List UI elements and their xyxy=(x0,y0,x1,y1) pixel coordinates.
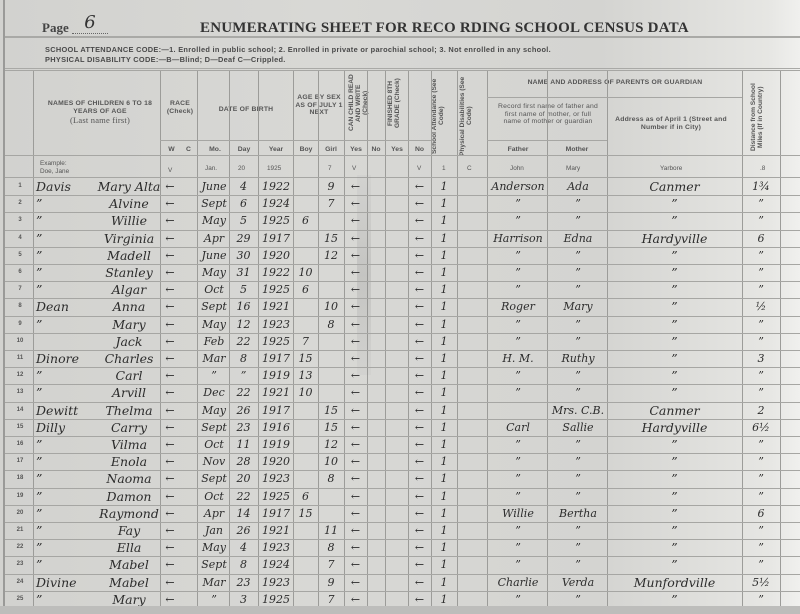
header-8th-yes: Yes xyxy=(386,146,408,153)
cell-father: Willie xyxy=(487,506,549,522)
header-names: NAMES OF CHILDREN 6 TO 18 YEARS OF AGE (… xyxy=(40,100,160,125)
cell-mother: ” xyxy=(547,265,609,281)
column-rule xyxy=(33,70,34,610)
cell-first: Mary xyxy=(96,317,162,333)
cell-w: ← xyxy=(160,575,180,591)
row-number: 17 xyxy=(12,458,28,464)
example-read-yes: V xyxy=(352,165,356,172)
cell-day: 16 xyxy=(229,299,258,315)
cell-en: ← xyxy=(408,231,431,247)
header-disability: Physical Disabilities (See Code) xyxy=(459,76,481,156)
cell-mother: Verda xyxy=(547,575,609,591)
header-dob-day: Day xyxy=(230,146,258,153)
cell-mother: Mrs. C.B. xyxy=(547,403,609,419)
example-girl: 7 xyxy=(328,165,332,172)
column-rule xyxy=(780,70,781,610)
cell-father: Anderson xyxy=(487,179,549,195)
cell-last: ” xyxy=(36,385,96,401)
header-distance: Distance from School Miles (If in Countr… xyxy=(750,74,778,160)
cell-day: 5 xyxy=(229,213,258,229)
cell-last: ” xyxy=(36,213,96,229)
cell-att: 1 xyxy=(431,334,457,350)
cell-en: ← xyxy=(408,179,431,195)
cell-girl: 11 xyxy=(318,523,344,539)
cell-w: ← xyxy=(160,196,180,212)
cell-day: 22 xyxy=(229,334,258,350)
cell-boy: 7 xyxy=(293,334,318,350)
cell-att: 1 xyxy=(431,196,457,212)
cell-dist: ” xyxy=(742,557,780,573)
cell-ry: ← xyxy=(344,420,367,436)
cell-ry: ← xyxy=(344,351,367,367)
row-number: 16 xyxy=(12,441,28,447)
cell-address: ” xyxy=(607,196,742,212)
cell-mother: ” xyxy=(547,317,609,333)
cell-father: ” xyxy=(487,265,549,281)
cell-address: ” xyxy=(607,506,742,522)
cell-father: Carl xyxy=(487,420,549,436)
cell-dist: 3 xyxy=(742,351,780,367)
cell-mother: Ada xyxy=(547,179,609,195)
cell-address: Canmer xyxy=(607,179,742,195)
cell-dist: ” xyxy=(742,489,780,505)
cell-mother: ” xyxy=(547,489,609,505)
cell-girl: 12 xyxy=(318,437,344,453)
row-number: 6 xyxy=(12,269,28,275)
cell-dist: ½ xyxy=(742,299,780,315)
cell-day: 11 xyxy=(229,437,258,453)
cell-girl: 15 xyxy=(318,231,344,247)
cell-address: ” xyxy=(607,299,742,315)
row-rule xyxy=(5,70,800,71)
cell-boy: 6 xyxy=(293,489,318,505)
cell-father: ” xyxy=(487,317,549,333)
cell-ry: ← xyxy=(344,265,367,281)
cell-father: ” xyxy=(487,489,549,505)
cell-year: 1919 xyxy=(258,437,294,453)
row-number: 8 xyxy=(12,303,28,309)
cell-dist: 6 xyxy=(742,231,780,247)
cell-year: 1923 xyxy=(258,575,294,591)
header-race-w: W xyxy=(163,146,180,153)
row-number: 18 xyxy=(12,475,28,481)
cell-address: ” xyxy=(607,385,742,401)
cell-en: ← xyxy=(408,437,431,453)
cell-w: ← xyxy=(160,420,180,436)
cell-mother: ” xyxy=(547,523,609,539)
cell-father: Roger xyxy=(487,299,549,315)
cell-father: Charlie xyxy=(487,575,549,591)
cell-dist: 1¾ xyxy=(742,179,780,195)
row-rule xyxy=(5,177,800,178)
cell-dist: ” xyxy=(742,334,780,350)
cell-dist: ” xyxy=(742,282,780,298)
cell-last: Divine xyxy=(36,575,96,591)
example-mother: Mary xyxy=(566,165,580,172)
cell-boy: 15 xyxy=(293,506,318,522)
cell-mo: Mar xyxy=(197,575,231,591)
cell-first: Alvine xyxy=(96,196,162,212)
cell-mo: Apr xyxy=(197,231,231,247)
cell-mo: June xyxy=(197,248,231,264)
cell-day: 31 xyxy=(229,265,258,281)
cell-w: ← xyxy=(160,540,180,556)
cell-girl: 8 xyxy=(318,540,344,556)
cell-mo: Dec xyxy=(197,385,231,401)
cell-year: 1925 xyxy=(258,489,294,505)
row-number: 19 xyxy=(12,493,28,499)
cell-ry: ← xyxy=(344,540,367,556)
header-attendance: School Attendance (See Code) xyxy=(431,76,453,156)
header-age-boy: Boy xyxy=(294,146,318,153)
cell-mo: Oct xyxy=(197,489,231,505)
cell-year: 1923 xyxy=(258,471,294,487)
cell-address: Hardyville xyxy=(607,231,742,247)
row-number: 10 xyxy=(12,338,28,344)
cell-mo: Sept xyxy=(197,471,231,487)
cell-mother: ” xyxy=(547,368,609,384)
cell-year: 1924 xyxy=(258,196,294,212)
cell-day: 6 xyxy=(229,196,258,212)
cell-address: Canmer xyxy=(607,403,742,419)
cell-first: Carry xyxy=(96,420,162,436)
cell-w: ← xyxy=(160,506,180,522)
cell-first: Enola xyxy=(96,454,162,470)
cell-last: ” xyxy=(36,437,96,453)
cell-year: 1925 xyxy=(258,334,294,350)
header-read-write: CAN CHILD READ AND WRITE (Check) xyxy=(348,72,378,134)
cell-att: 1 xyxy=(431,420,457,436)
cell-day: 8 xyxy=(229,351,258,367)
cell-last: ” xyxy=(36,506,96,522)
cell-att: 1 xyxy=(431,265,457,281)
cell-girl: 7 xyxy=(318,557,344,573)
cell-girl: 15 xyxy=(318,420,344,436)
header-father: Father xyxy=(489,146,547,153)
cell-first: Carl xyxy=(96,368,162,384)
example-attendance: 1 xyxy=(442,165,446,172)
cell-en: ← xyxy=(408,420,431,436)
cell-w: ← xyxy=(160,454,180,470)
cell-en: ← xyxy=(408,385,431,401)
cell-att: 1 xyxy=(431,557,457,573)
page-edge xyxy=(0,606,800,614)
row-number: 1 xyxy=(12,183,28,189)
cell-mo: Mar xyxy=(197,351,231,367)
column-rule xyxy=(385,70,386,610)
header-names-text: NAMES OF CHILDREN 6 TO 18 YEARS OF AGE xyxy=(40,100,160,115)
cell-first: Mabel xyxy=(96,557,162,573)
cell-mother: ” xyxy=(547,454,609,470)
cell-w: ← xyxy=(160,403,180,419)
row-rule xyxy=(487,97,742,98)
cell-dist: ” xyxy=(742,540,780,556)
cell-ry: ← xyxy=(344,334,367,350)
cell-last: Dewitt xyxy=(36,403,96,419)
cell-mother: Sallie xyxy=(547,420,609,436)
cell-father: ” xyxy=(487,282,549,298)
cell-father: ” xyxy=(487,454,549,470)
cell-w: ← xyxy=(160,265,180,281)
row-number: 25 xyxy=(12,596,28,602)
cell-w: ← xyxy=(160,317,180,333)
cell-mo: May xyxy=(197,403,231,419)
cell-boy: 13 xyxy=(293,368,318,384)
cell-w: ← xyxy=(160,471,180,487)
cell-father: ” xyxy=(487,523,549,539)
cell-address: ” xyxy=(607,557,742,573)
cell-mother: ” xyxy=(547,385,609,401)
cell-father: ” xyxy=(487,540,549,556)
header-age: AGE BY SEX AS OF JULY 1 NEXT xyxy=(294,94,344,117)
example-8th-no: V xyxy=(417,165,421,172)
cell-day: 30 xyxy=(229,248,258,264)
cell-ry: ← xyxy=(344,489,367,505)
cell-last: ” xyxy=(36,317,96,333)
cell-last: ” xyxy=(36,489,96,505)
cell-att: 1 xyxy=(431,282,457,298)
cell-w: ← xyxy=(160,351,180,367)
cell-mother: ” xyxy=(547,248,609,264)
cell-day: 20 xyxy=(229,471,258,487)
header-read-yes: Yes xyxy=(345,146,367,153)
cell-first: Arvill xyxy=(96,385,162,401)
cell-en: ← xyxy=(408,557,431,573)
cell-girl: 8 xyxy=(318,471,344,487)
cell-last: ” xyxy=(36,368,96,384)
cell-father: ” xyxy=(487,557,549,573)
cell-day: 26 xyxy=(229,523,258,539)
cell-mo: May xyxy=(197,317,231,333)
example-name: Doe, Jane xyxy=(40,168,69,175)
header-read-no: No xyxy=(367,146,385,153)
example-distance: .8 xyxy=(760,165,765,172)
cell-w: ← xyxy=(160,523,180,539)
cell-att: 1 xyxy=(431,540,457,556)
cell-father: ” xyxy=(487,437,549,453)
cell-en: ← xyxy=(408,403,431,419)
cell-day: 12 xyxy=(229,317,258,333)
cell-att: 1 xyxy=(431,454,457,470)
cell-boy: 6 xyxy=(293,282,318,298)
cell-mo: May xyxy=(197,213,231,229)
cell-mother: Bertha xyxy=(547,506,609,522)
cell-last: ” xyxy=(36,454,96,470)
cell-last: ” xyxy=(36,557,96,573)
cell-en: ← xyxy=(408,368,431,384)
cell-ry: ← xyxy=(344,317,367,333)
cell-w: ← xyxy=(160,489,180,505)
row-number: 15 xyxy=(12,424,28,430)
cell-address: ” xyxy=(607,489,742,505)
row-number: 5 xyxy=(12,252,28,258)
cell-dist: ” xyxy=(742,317,780,333)
cell-mo: Oct xyxy=(197,282,231,298)
cell-address: ” xyxy=(607,351,742,367)
cell-year: 1917 xyxy=(258,231,294,247)
cell-last: ” xyxy=(36,196,96,212)
cell-w: ← xyxy=(160,437,180,453)
cell-girl: 9 xyxy=(318,179,344,195)
cell-en: ← xyxy=(408,248,431,264)
cell-ry: ← xyxy=(344,437,367,453)
cell-day: 29 xyxy=(229,231,258,247)
cell-year: 1921 xyxy=(258,299,294,315)
cell-att: 1 xyxy=(431,248,457,264)
cell-att: 1 xyxy=(431,317,457,333)
cell-year: 1922 xyxy=(258,265,294,281)
cell-en: ← xyxy=(408,317,431,333)
cell-father: ” xyxy=(487,213,549,229)
cell-day: 26 xyxy=(229,403,258,419)
cell-year: 1919 xyxy=(258,368,294,384)
cell-mother: ” xyxy=(547,282,609,298)
cell-mo: Sept xyxy=(197,196,231,212)
example-father: John xyxy=(510,165,524,172)
cell-mo: June xyxy=(197,179,231,195)
header-parents-note: Record first name of father and first na… xyxy=(498,103,598,126)
cell-father: ” xyxy=(487,471,549,487)
cell-last: Dilly xyxy=(36,420,96,436)
cell-first: Mabel xyxy=(96,575,162,591)
header-dob: DATE OF BIRTH xyxy=(200,106,292,114)
cell-year: 1917 xyxy=(258,506,294,522)
cell-w: ← xyxy=(160,368,180,384)
cell-mo: May xyxy=(197,540,231,556)
cell-en: ← xyxy=(408,471,431,487)
cell-en: ← xyxy=(408,454,431,470)
cell-girl: 8 xyxy=(318,317,344,333)
example-address: Yarbore xyxy=(660,165,682,172)
cell-address: ” xyxy=(607,540,742,556)
cell-w: ← xyxy=(160,385,180,401)
cell-address: ” xyxy=(607,523,742,539)
cell-girl: 9 xyxy=(318,575,344,591)
cell-year: 1920 xyxy=(258,248,294,264)
cell-year: 1922 xyxy=(258,179,294,195)
cell-last: ” xyxy=(36,248,96,264)
cell-ry: ← xyxy=(344,282,367,298)
cell-last: ” xyxy=(36,231,96,247)
header-names-note: (Last name first) xyxy=(40,117,160,125)
cell-en: ← xyxy=(408,540,431,556)
cell-day: 22 xyxy=(229,489,258,505)
cell-en: ← xyxy=(408,299,431,315)
cell-ry: ← xyxy=(344,213,367,229)
cell-address: ” xyxy=(607,368,742,384)
row-number: 7 xyxy=(12,286,28,292)
cell-father: ” xyxy=(487,385,549,401)
cell-mo: Jan xyxy=(197,523,231,539)
cell-last: ” xyxy=(36,265,96,281)
cell-w: ← xyxy=(160,334,180,350)
cell-mo: May xyxy=(197,265,231,281)
cell-first: Vilma xyxy=(96,437,162,453)
cell-ry: ← xyxy=(344,196,367,212)
header-race-c: C xyxy=(180,146,197,153)
cell-boy: 15 xyxy=(293,351,318,367)
cell-last: Davis xyxy=(36,179,96,195)
header-address: Address as of April 1 (Street and Number… xyxy=(612,116,730,131)
cell-first: Virginia xyxy=(96,231,162,247)
cell-first: Anna xyxy=(96,299,162,315)
cell-att: 1 xyxy=(431,403,457,419)
cell-mother: ” xyxy=(547,471,609,487)
cell-att: 1 xyxy=(431,179,457,195)
row-number: 21 xyxy=(12,527,28,533)
example-race-w: V xyxy=(168,167,172,174)
cell-att: 1 xyxy=(431,231,457,247)
cell-w: ← xyxy=(160,299,180,315)
cell-year: 1921 xyxy=(258,385,294,401)
cell-ry: ← xyxy=(344,248,367,264)
cell-year: 1923 xyxy=(258,540,294,556)
header-age-girl: Girl xyxy=(318,146,344,153)
cell-girl: 7 xyxy=(318,196,344,212)
example-day: 20 xyxy=(238,165,245,172)
cell-first: Jack xyxy=(96,334,162,350)
header-dob-mo: Mo. xyxy=(200,146,230,153)
cell-att: 1 xyxy=(431,368,457,384)
header-dob-year: Year xyxy=(258,146,294,153)
cell-day: 14 xyxy=(229,506,258,522)
cell-day: 28 xyxy=(229,454,258,470)
cell-ry: ← xyxy=(344,523,367,539)
cell-first: Thelma xyxy=(96,403,162,419)
cell-day: 22 xyxy=(229,385,258,401)
cell-w: ← xyxy=(160,248,180,264)
cell-dist: 6 xyxy=(742,506,780,522)
cell-father: ” xyxy=(487,368,549,384)
cell-ry: ← xyxy=(344,557,367,573)
cell-ry: ← xyxy=(344,403,367,419)
cell-dist: ” xyxy=(742,368,780,384)
cell-att: 1 xyxy=(431,213,457,229)
cell-att: 1 xyxy=(431,351,457,367)
example-mo: Jan. xyxy=(205,165,217,172)
row-number: 24 xyxy=(12,579,28,585)
cell-address: ” xyxy=(607,437,742,453)
cell-dist: ” xyxy=(742,265,780,281)
cell-att: 1 xyxy=(431,575,457,591)
cell-day: 8 xyxy=(229,557,258,573)
cell-boy: 6 xyxy=(293,213,318,229)
cell-en: ← xyxy=(408,523,431,539)
cell-w: ← xyxy=(160,179,180,195)
header-mother: Mother xyxy=(547,146,607,153)
cell-att: 1 xyxy=(431,385,457,401)
cell-mo: Oct xyxy=(197,437,231,453)
cell-en: ← xyxy=(408,213,431,229)
row-number: 2 xyxy=(12,200,28,206)
cell-address: ” xyxy=(607,334,742,350)
cell-dist: ” xyxy=(742,213,780,229)
row-number: 4 xyxy=(12,235,28,241)
example-disability: C xyxy=(467,165,472,172)
cell-address: Hardyville xyxy=(607,420,742,436)
cell-mo: Sept xyxy=(197,557,231,573)
cell-mo: Sept xyxy=(197,420,231,436)
cell-en: ← xyxy=(408,265,431,281)
cell-day: 4 xyxy=(229,179,258,195)
cell-girl: 12 xyxy=(318,248,344,264)
cell-first: Damon xyxy=(96,489,162,505)
cell-father: Harrison xyxy=(487,231,549,247)
cell-year: 1916 xyxy=(258,420,294,436)
cell-first: Willie xyxy=(96,213,162,229)
cell-address: ” xyxy=(607,213,742,229)
cell-dist: ” xyxy=(742,523,780,539)
